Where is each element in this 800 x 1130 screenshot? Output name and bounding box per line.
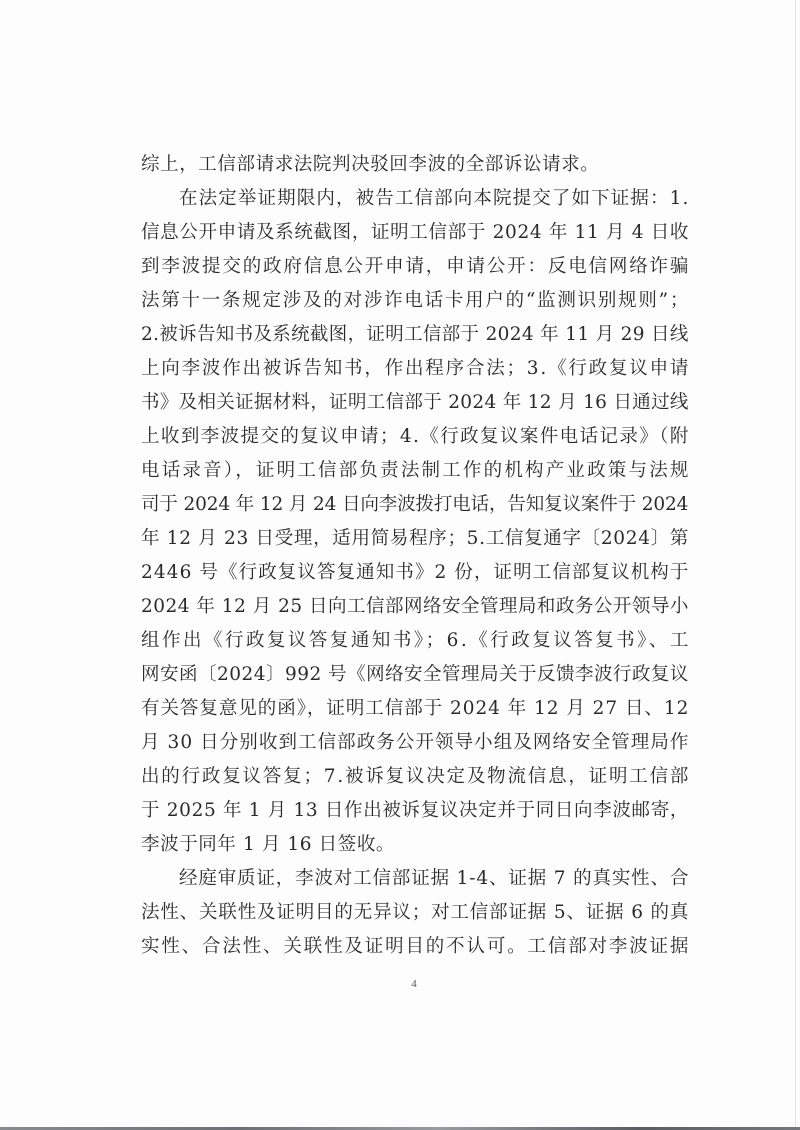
- text-line: 有关答复意见的函》，证明工信部于 2024 年 12 月 27 日、12: [141, 692, 689, 726]
- page-number: 4: [404, 978, 424, 990]
- text-line: 2024 年 12 月 25 日向工信部网络安全管理局和政务公开领导小: [141, 590, 689, 624]
- body-text: 综上，工信部请求法院判决驳回李波的全部诉讼请求。 在法定举证期限内，被告工信部向…: [141, 148, 689, 964]
- scan-edge-line: [795, 0, 796, 1130]
- text-line: 月 30 日分别收到工信部政务公开领导小组及网络安全管理局作: [141, 726, 689, 760]
- text-line: 2446 号《行政复议答复通知书》2 份，证明工信部复议机构于: [141, 556, 689, 590]
- text-line: 于 2025 年 1 月 13 日作出被诉复议决定并于同日向李波邮寄，: [141, 794, 689, 828]
- text-line: 法性、关联性及证明目的无异议；对工信部证据 5、证据 6 的真: [141, 896, 689, 930]
- text-line: 实性、合法性、关联性及证明目的不认可。工信部对李波证据: [141, 930, 689, 964]
- text-line: 到李波提交的政府信息公开申请，申请公开：反电信网络诈骗: [141, 250, 689, 284]
- text-line: 电话录音），证明工信部负责法制工作的机构产业政策与法规: [141, 454, 689, 488]
- text-line: 综上，工信部请求法院判决驳回李波的全部诉讼请求。: [141, 148, 689, 182]
- text-line: 年 12 月 23 日受理，适用简易程序；5.工信复通字〔2024〕第: [141, 522, 689, 556]
- text-line: 信息公开申请及系统截图，证明工信部于 2024 年 11 月 4 日收: [141, 216, 689, 250]
- text-line: 上向李波作出被诉告知书，作出程序合法；3.《行政复议申请: [141, 352, 689, 386]
- text-line: 网安函〔2024〕992 号《网络安全管理局关于反馈李波行政复议: [141, 658, 689, 692]
- document-page: 综上，工信部请求法院判决驳回李波的全部诉讼请求。 在法定举证期限内，被告工信部向…: [0, 0, 800, 1130]
- text-line: 经庭审质证，李波对工信部证据 1-4、证据 7 的真实性、合: [141, 862, 689, 896]
- text-line: 在法定举证期限内，被告工信部向本院提交了如下证据：1.: [141, 182, 689, 216]
- text-line: 组作出《行政复议答复通知书》；6.《行政复议答复书》、工: [141, 624, 689, 658]
- text-line: 上收到李波提交的复议申请；4.《行政复议案件电话记录》（附: [141, 420, 689, 454]
- text-line: 出的行政复议答复；7.被诉复议决定及物流信息，证明工信部: [141, 760, 689, 794]
- text-line: 2.被诉告知书及系统截图，证明工信部于 2024 年 11 月 29 日线: [141, 318, 689, 352]
- text-line: 司于 2024 年 12 月 24 日向李波拨打电话，告知复议案件于 2024: [141, 488, 689, 522]
- text-line: 李波于同年 1 月 16 日签收。: [141, 828, 689, 862]
- text-line: 书》及相关证据材料，证明工信部于 2024 年 12 月 16 日通过线: [141, 386, 689, 420]
- text-line: 法第十一条规定涉及的对涉诈电话卡用户的“监测识别规则”；: [141, 284, 689, 318]
